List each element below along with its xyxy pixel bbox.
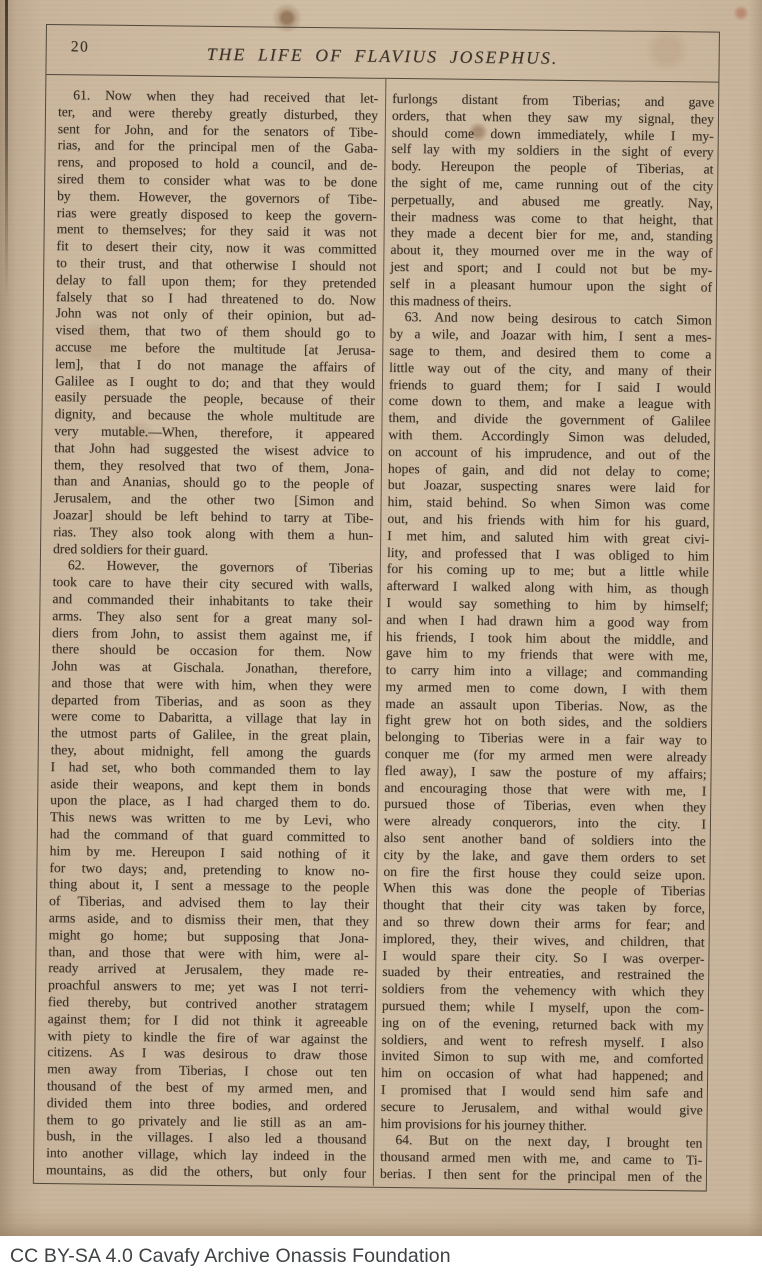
paragraph-63: 63. And now being desirous to catch Simo…	[380, 309, 711, 1136]
page-frame: 20 THE LIFE OF FLAVIUS JOSEPHUS. 61. Now…	[33, 24, 720, 1192]
paragraph-61-lines: 61. Now when they had received that let-…	[53, 87, 378, 544]
header-title: THE LIFE OF FLAVIUS JOSEPHUS.	[207, 38, 559, 69]
attribution-bar: CC BY-SA 4.0 Cavafy Archive Onassis Foun…	[0, 1236, 762, 1276]
paragraph-64: 64. But on the next day, I brought ten t…	[380, 1132, 703, 1186]
paragraph-62-continuation-lines: furlongs distant from Tiberias; and gave…	[390, 91, 714, 296]
text-columns: 61. Now when they had received that let-…	[34, 75, 719, 1190]
scanned-book-page: 20 THE LIFE OF FLAVIUS JOSEPHUS. 61. Now…	[0, 0, 762, 1236]
paragraph-64-lines: 64. But on the next day, I brought ten t…	[380, 1132, 703, 1186]
page-header: 20 THE LIFE OF FLAVIUS JOSEPHUS.	[46, 25, 719, 83]
binding-edge-shadow	[5, 0, 8, 300]
right-column: furlongs distant from Tiberias; and gave…	[373, 79, 719, 1190]
paragraph-62-lines: 62. However, the governors of Tiberias t…	[46, 557, 373, 1182]
attribution-text: CC BY-SA 4.0 Cavafy Archive Onassis Foun…	[10, 1245, 451, 1268]
paragraph-62-continuation: furlongs distant from Tiberias; and gave…	[390, 91, 714, 313]
page-number: 20	[71, 38, 90, 56]
left-column: 61. Now when they had received that let-…	[34, 75, 386, 1186]
paragraph-61: 61. Now when they had received that let-…	[53, 87, 378, 561]
paragraph-63-lines: 63. And now being desirous to catch Simo…	[381, 309, 712, 1119]
paragraph-62: 62. However, the governors of Tiberias t…	[46, 557, 373, 1182]
